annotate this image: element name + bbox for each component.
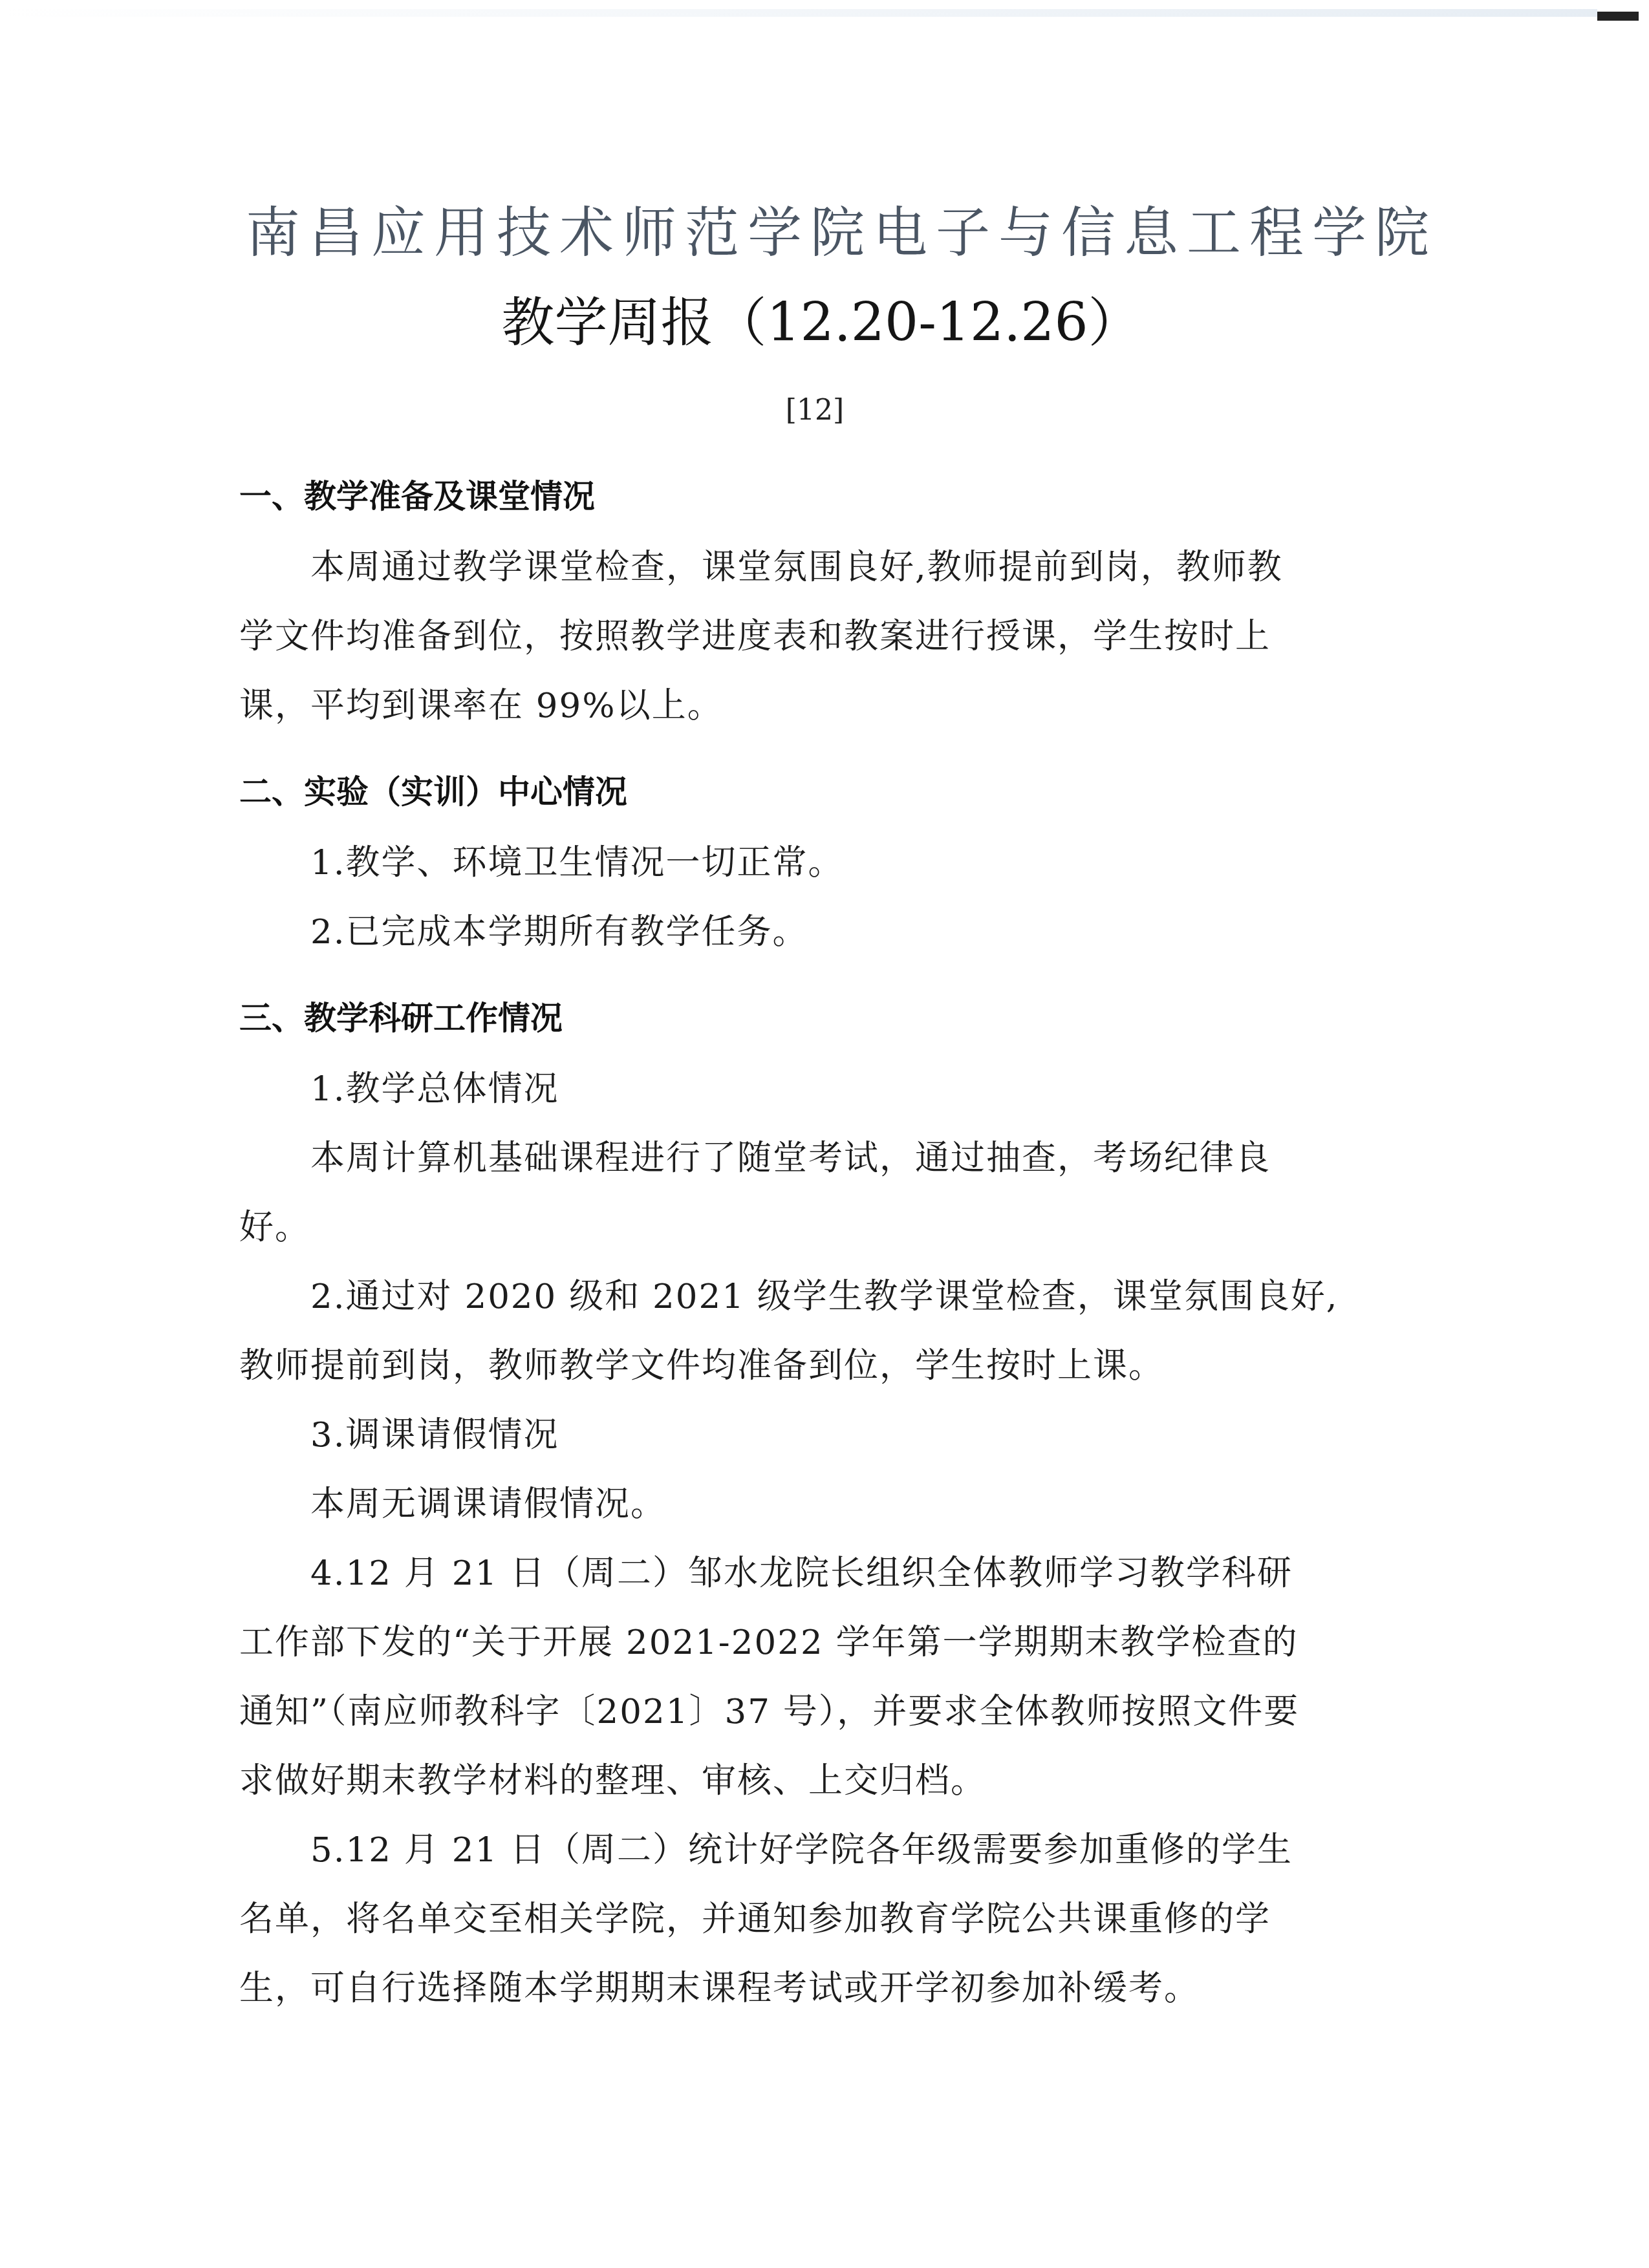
issue-number: [12]	[239, 388, 1364, 433]
document-body: 一、教学准备及课堂情况 本周通过教学课堂检查，课堂氛围良好,教师提前到岗，教师教…	[239, 471, 1358, 2023]
paragraph: 本周通过教学课堂检查，课堂氛围良好,教师提前到岗，教师教 学文件均准备到位，按照…	[239, 533, 1358, 740]
corner-registration-mark	[1597, 12, 1639, 21]
section-heading: 三、教学科研工作情况	[239, 992, 1358, 1044]
text-line: 2.已完成本学期所有教学任务。	[239, 897, 1358, 967]
section-teaching-research: 三、教学科研工作情况 1.教学总体情况 本周计算机基础课程进行了随堂考试，通过抽…	[239, 992, 1358, 2023]
paragraph: 4.12 月 21 日（周二）邹水龙院长组织全体教师学习教学科研 工作部下发的“…	[239, 1539, 1358, 1815]
text-line: 1.教学、环境卫生情况一切正常。	[239, 828, 1358, 897]
text-line: 5.12 月 21 日（周二）统计好学院各年级需要参加重修的学生	[239, 1815, 1358, 1885]
paragraph: 2.通过对 2020 级和 2021 级学生教学课堂检查，课堂氛围良好, 教师提…	[239, 1262, 1358, 1400]
text-line: 本周通过教学课堂检查，课堂氛围良好,教师提前到岗，教师教	[239, 533, 1358, 602]
text-line: 3.调课请假情况	[239, 1400, 1358, 1470]
text-line: 本周无调课请假情况。	[239, 1470, 1358, 1539]
text-line: 本周计算机基础课程进行了随堂考试，通过抽查，考场纪律良	[239, 1124, 1358, 1193]
list-item: 2.已完成本学期所有教学任务。	[239, 897, 1358, 967]
list-item: 1.教学、环境卫生情况一切正常。	[239, 828, 1358, 897]
text-line: 教师提前到岗，教师教学文件均准备到位，学生按时上课。	[239, 1331, 1358, 1400]
paragraph: 5.12 月 21 日（周二）统计好学院各年级需要参加重修的学生 名单，将名单交…	[239, 1815, 1358, 2023]
text-line: 生，可自行选择随本学期期末课程考试或开学初参加补缓考。	[239, 1954, 1358, 2023]
organization-title: 南昌应用技术师范学院电子与信息工程学院	[246, 194, 1345, 272]
text-line: 通知”（南应师教科字〔2021〕37 号），并要求全体教师按照文件要	[239, 1677, 1358, 1746]
document-title: 教学周报（12.20-12.26）	[239, 284, 1364, 362]
text-line: 1.教学总体情况	[239, 1054, 1358, 1124]
text-line: 学文件均准备到位，按照教学进度表和教案进行授课，学生按时上	[239, 602, 1358, 671]
text-line: 好。	[239, 1193, 1358, 1262]
paragraph: 本周无调课请假情况。	[239, 1470, 1358, 1539]
text-line: 4.12 月 21 日（周二）邹水龙院长组织全体教师学习教学科研	[239, 1539, 1358, 1608]
text-line: 求做好期末教学材料的整理、审核、上交归档。	[239, 1746, 1358, 1815]
paragraph: 本周计算机基础课程进行了随堂考试，通过抽查，考场纪律良 好。	[239, 1124, 1358, 1262]
section-lab-center: 二、实验（实训）中心情况 1.教学、环境卫生情况一切正常。 2.已完成本学期所有…	[239, 766, 1358, 967]
text-line: 2.通过对 2020 级和 2021 级学生教学课堂检查，课堂氛围良好,	[239, 1262, 1358, 1331]
text-line: 名单，将名单交至相关学院，并通知参加教育学院公共课重修的学	[239, 1885, 1358, 1954]
text-line: 工作部下发的“关于开展 2021-2022 学年第一学期期末教学检查的	[239, 1608, 1358, 1677]
section-heading: 二、实验（实训）中心情况	[239, 766, 1358, 818]
text-line: 课，平均到课率在 99%以上。	[239, 671, 1358, 740]
subheading: 1.教学总体情况	[239, 1054, 1358, 1124]
section-teaching-preparation: 一、教学准备及课堂情况 本周通过教学课堂检查，课堂氛围良好,教师提前到岗，教师教…	[239, 471, 1358, 740]
scan-edge-artifact	[0, 9, 1597, 17]
section-heading: 一、教学准备及课堂情况	[239, 471, 1358, 522]
subheading: 3.调课请假情况	[239, 1400, 1358, 1470]
